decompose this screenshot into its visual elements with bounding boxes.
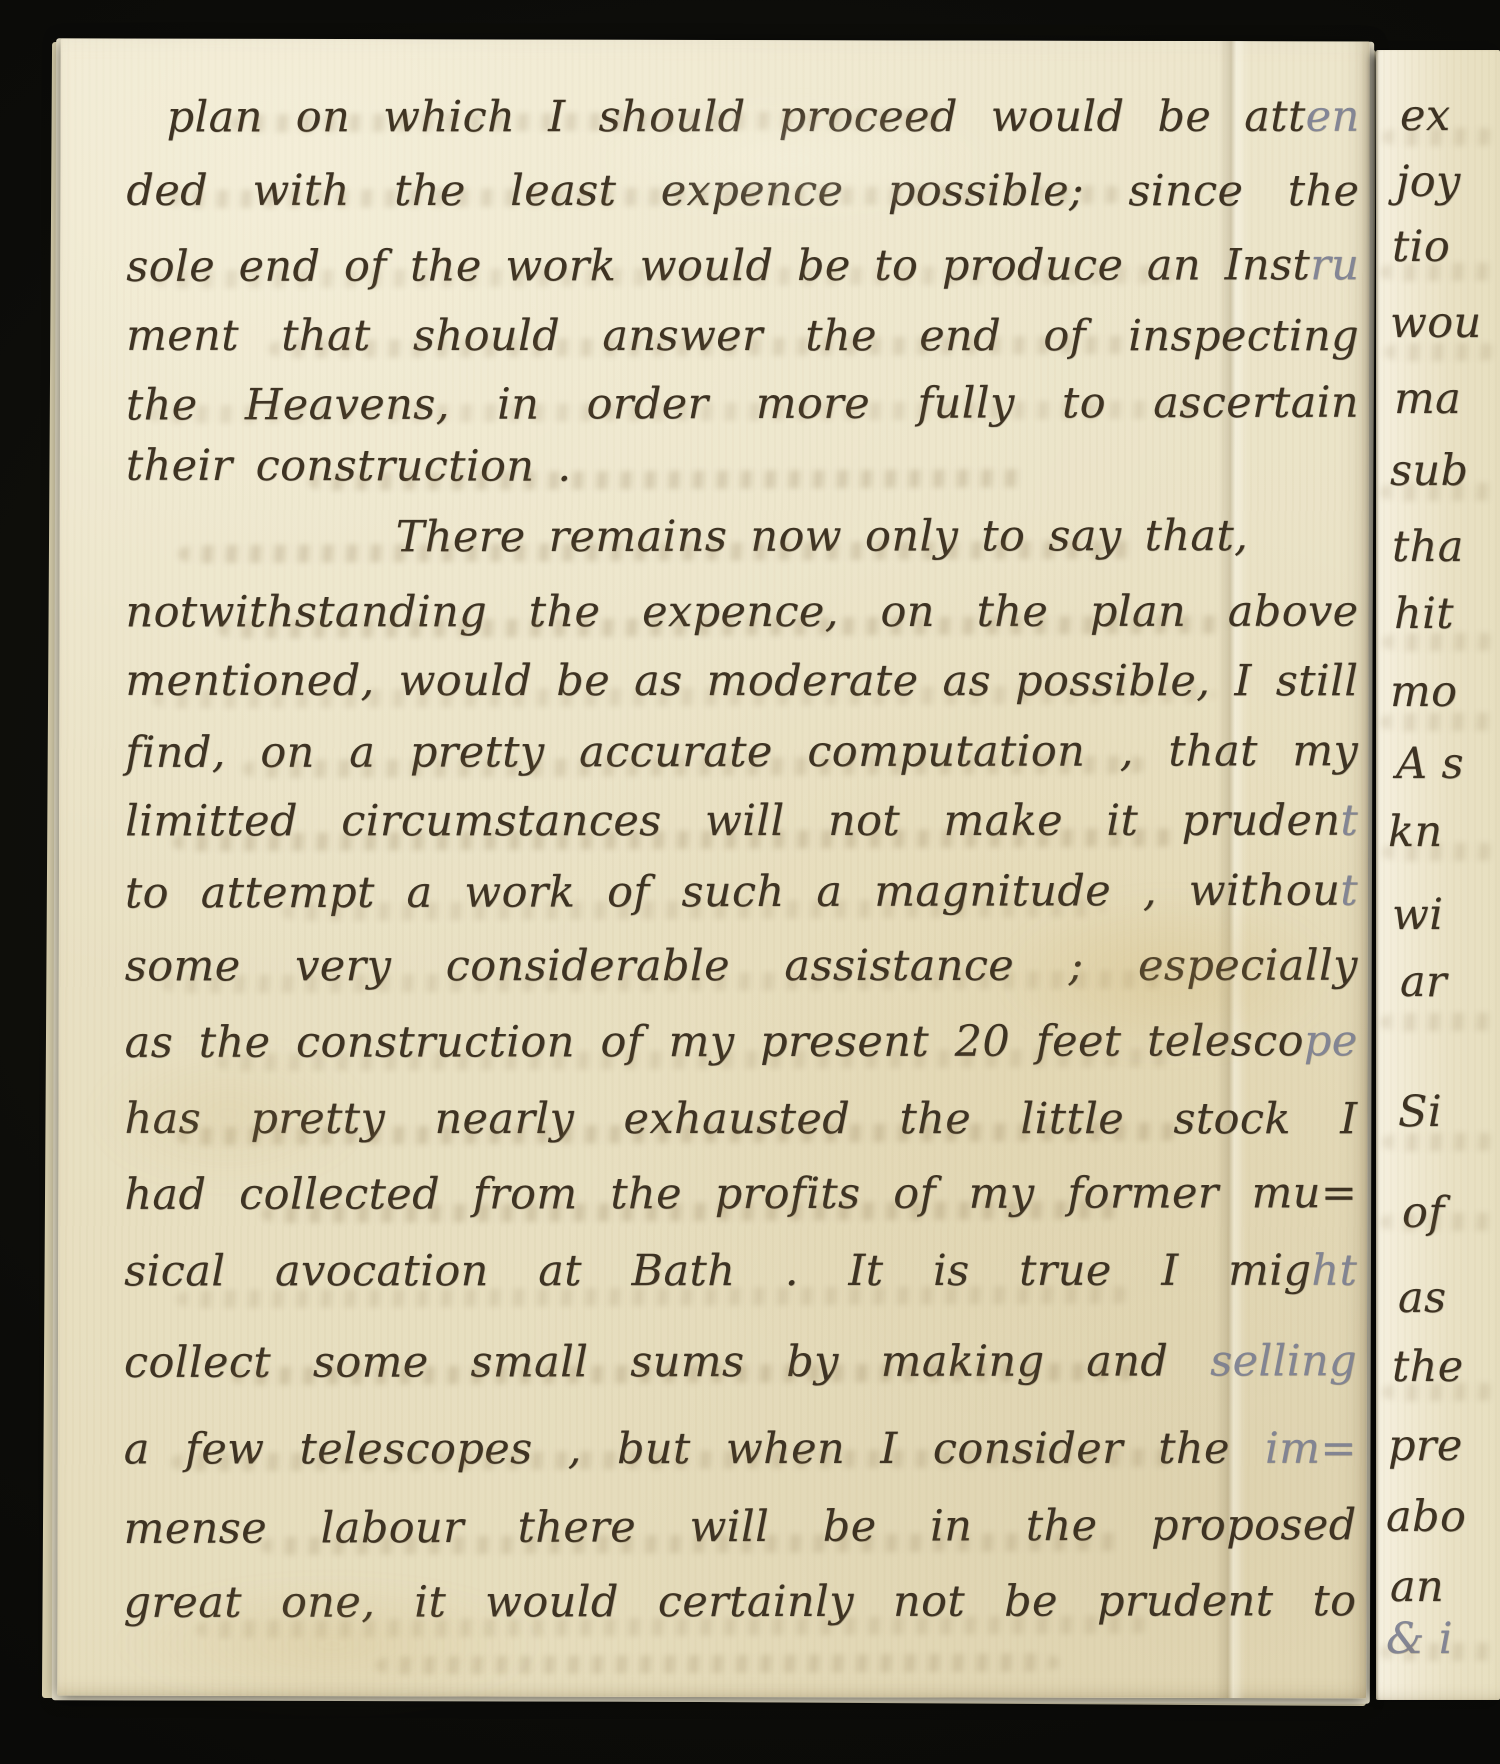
paper-stain <box>117 1579 547 1710</box>
paper-stain <box>580 100 1000 221</box>
ink-bleedthrough <box>1382 263 1494 282</box>
ink-bleedthrough <box>1384 128 1494 147</box>
faded-ink-text: selling <box>1168 1336 1357 1386</box>
ink-bleedthrough <box>1386 343 1494 362</box>
ink-bleedthrough <box>1382 713 1494 732</box>
handwritten-fragment: an <box>1390 1557 1444 1617</box>
handwritten-line: their construction . <box>126 436 1359 499</box>
faded-ink-text: ht <box>1311 1246 1357 1296</box>
ink-bleedthrough <box>310 469 1030 491</box>
faded-ink-text: ru <box>1310 240 1359 290</box>
handwritten-fragment: ar <box>1400 952 1447 1012</box>
faded-ink-text: pe <box>1304 1016 1358 1066</box>
photo-background: plan on which I should proceed would be … <box>0 0 1500 1764</box>
ink-bleedthrough <box>1384 843 1494 862</box>
paper-stain <box>999 891 1339 1062</box>
ink-bleedthrough <box>1382 483 1494 502</box>
handwritten-fragment: pre <box>1388 1416 1463 1476</box>
letter-page-left: plan on which I should proceed would be … <box>57 39 1369 1699</box>
ink-bleedthrough <box>1384 1133 1494 1152</box>
handwritten-fragment: tha <box>1392 517 1464 577</box>
letter-page-right-edge: exjoytiowoumasubthahitmoA sknwiarSiofast… <box>1376 50 1500 1700</box>
ink-bleedthrough <box>178 1286 1128 1309</box>
handwritten-fragment: joy <box>1396 152 1461 212</box>
handwritten-fragment: as <box>1398 1268 1447 1328</box>
handwritten-fragment: ma <box>1394 369 1461 429</box>
ink-bleedthrough <box>1384 1383 1494 1402</box>
faded-ink-text: t <box>1340 866 1358 916</box>
handwritten-fragment: wi <box>1392 885 1443 945</box>
faded-ink-text: t <box>1340 796 1358 846</box>
ink-bleedthrough <box>1382 1643 1494 1662</box>
ink-bleedthrough <box>1382 1013 1494 1032</box>
ink-bleedthrough <box>1384 633 1494 652</box>
handwritten-fragment: abo <box>1386 1487 1466 1547</box>
ink-bleedthrough <box>1382 1213 1494 1232</box>
paper-stain <box>88 1039 368 1190</box>
handwritten-fragment: A s <box>1396 734 1464 794</box>
faded-ink-text: en <box>1306 92 1360 142</box>
handwritten-line: sole end of the work would be to produce… <box>126 235 1359 297</box>
faded-ink-text: im= <box>1230 1424 1357 1474</box>
